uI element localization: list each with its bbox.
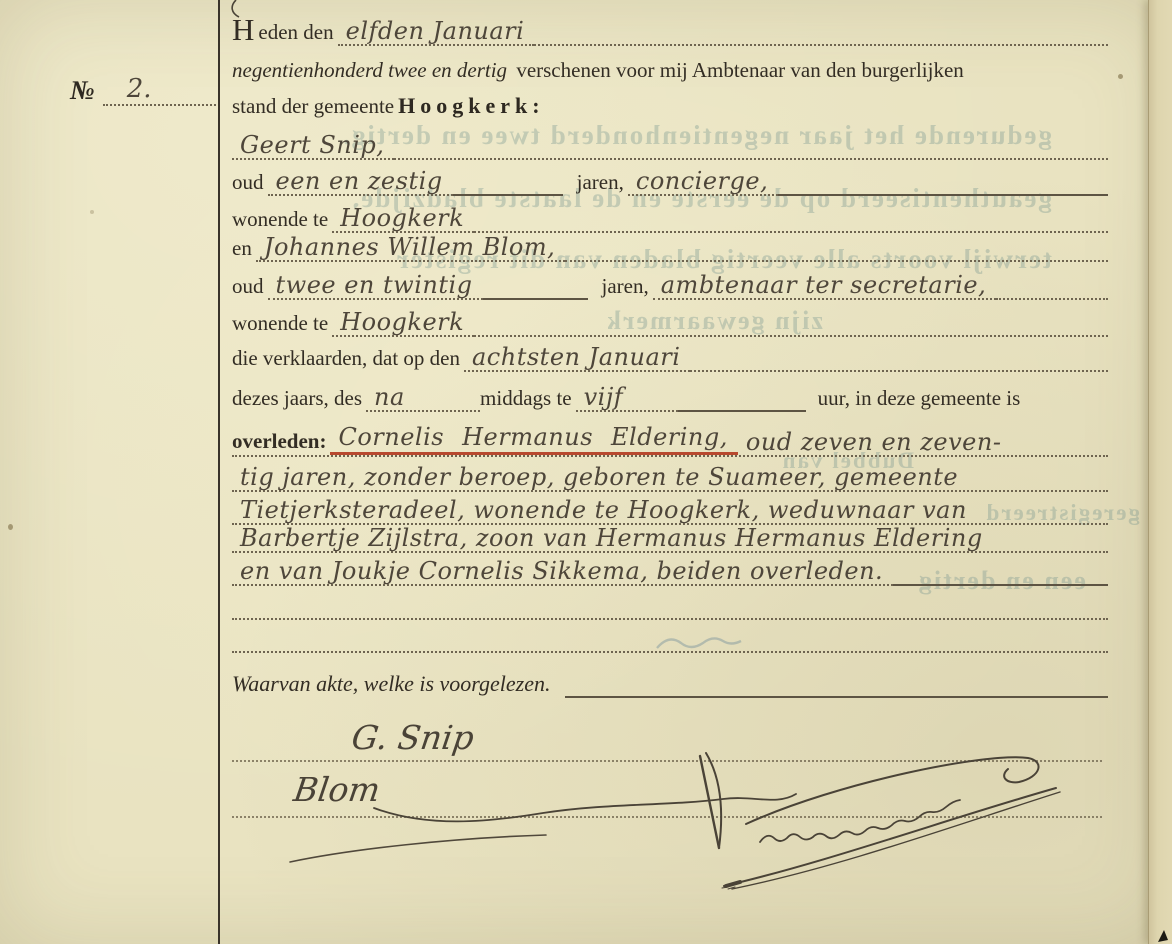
death-date: achtsten Januari bbox=[464, 345, 690, 372]
oud-label: oud bbox=[232, 276, 268, 300]
death-hour: vijf bbox=[576, 385, 678, 412]
deceased-line2: tig jaren, zonder beroep, geboren te Sua… bbox=[232, 455, 1108, 492]
declarant2-name: Johannes Willem Blom, bbox=[256, 235, 565, 262]
en-label: en bbox=[232, 238, 256, 262]
deceased-line5: en van Joukje Cornelis Sikkema, beiden o… bbox=[232, 552, 1108, 586]
declarant2-residence-row: wonende te Hoogkerk bbox=[232, 303, 1108, 337]
declarant1-name: Geert Snip, bbox=[232, 133, 394, 160]
paper-speck bbox=[90, 210, 94, 214]
stand-label: stand der gemeente bbox=[232, 96, 398, 120]
act-number: № 2. bbox=[70, 74, 216, 106]
appeared-text: verschenen voor mij Ambtenaar van den bu… bbox=[511, 60, 968, 84]
date-row: H eden den elfden Januari bbox=[232, 12, 1108, 46]
bleedthrough-squiggle bbox=[655, 630, 750, 658]
declarant1-age-row: oud een en zestig jaren, concierge, bbox=[232, 162, 1108, 196]
act-number-value: 2. bbox=[103, 74, 166, 104]
declarant2-occupation: ambtenaar ter secretarie, bbox=[653, 273, 996, 300]
date-handwritten: elfden Januari bbox=[338, 19, 535, 46]
deceased-line1: overleden: Cornelis Hermanus Eldering, o… bbox=[232, 420, 1108, 457]
deceased-details: tig jaren, zonder beroep, geboren te Sua… bbox=[232, 465, 968, 490]
declaration-date-row: die verklaarden, dat op den achtsten Jan… bbox=[232, 338, 1108, 372]
year-row: negentienhonderd twee en dertig verschen… bbox=[232, 54, 1108, 84]
stray-pen-mark bbox=[226, 0, 256, 20]
declarant2-age-row: oud twee en twintig jaren, ambtenaar ter… bbox=[232, 266, 1108, 300]
pen-sweep-stroke bbox=[282, 830, 562, 868]
empty-line bbox=[232, 586, 1108, 620]
uur-label: uur, in deze gemeente is bbox=[806, 388, 1025, 412]
declarant2-name-row: en Johannes Willem Blom, bbox=[232, 228, 1108, 262]
margin-rule bbox=[218, 0, 220, 944]
jaren-label: jaren, bbox=[588, 276, 653, 300]
heden-label: eden den bbox=[258, 22, 337, 46]
paper-speck bbox=[1118, 74, 1123, 79]
death-time-row: dezes jaars, des na middags te vijf uur,… bbox=[232, 378, 1108, 412]
deceased-line4: Barbertje Zijlstra, zoon van Hermanus He… bbox=[232, 516, 1108, 553]
oud-label: oud bbox=[232, 172, 268, 196]
page-edge bbox=[1148, 0, 1172, 944]
witness1-signature: G. Snip bbox=[349, 718, 476, 757]
municipality-row: stand der gemeente Hoogkerk: bbox=[232, 90, 1108, 120]
middags-label: middags te bbox=[480, 388, 576, 412]
deceased-age-start: oud zeven en zeven- bbox=[738, 430, 1012, 455]
declarant1-name-row: Geert Snip, bbox=[232, 126, 1108, 160]
dezes-label: dezes jaars, des bbox=[232, 388, 366, 412]
daypart: na bbox=[366, 385, 480, 412]
paper-speck bbox=[8, 524, 13, 530]
declarant2-age: twee en twintig bbox=[268, 273, 483, 300]
death-certificate-page: gedurende het jaar negentienhonderd twee… bbox=[0, 0, 1172, 944]
deceased-first-name: Cornelis bbox=[330, 425, 454, 455]
numero-sign: № bbox=[70, 75, 103, 106]
declared-label: die verklaarden, dat op den bbox=[232, 348, 464, 372]
jaren-label: jaren, bbox=[563, 172, 628, 196]
declarant2-residence: Hoogkerk bbox=[332, 310, 474, 337]
year-printed: negentienhonderd twee en dertig bbox=[232, 60, 511, 84]
deceased-details: en van Joukje Cornelis Sikkema, beiden o… bbox=[232, 559, 893, 586]
declarant1-occupation: concierge, bbox=[628, 169, 778, 196]
declarant1-age: een en zestig bbox=[268, 169, 453, 196]
corner-ink-mark bbox=[1154, 928, 1172, 944]
overleden-label: overleden: bbox=[232, 431, 330, 455]
closing-row: Waarvan akte, welke is voorgelezen. bbox=[232, 664, 1108, 698]
deceased-details: Barbertje Zijlstra, zoon van Hermanus He… bbox=[232, 526, 993, 551]
deceased-last-name: Eldering, bbox=[603, 425, 738, 455]
closing-text: Waarvan akte, welke is voorgelezen. bbox=[232, 673, 555, 698]
deceased-middle-name: Hermanus bbox=[454, 425, 603, 455]
heden-initial: H bbox=[232, 18, 258, 46]
municipality-name: Hoogkerk: bbox=[398, 95, 548, 120]
registrar-signature-flourish bbox=[688, 726, 1088, 901]
wonende-label: wonende te bbox=[232, 313, 332, 337]
